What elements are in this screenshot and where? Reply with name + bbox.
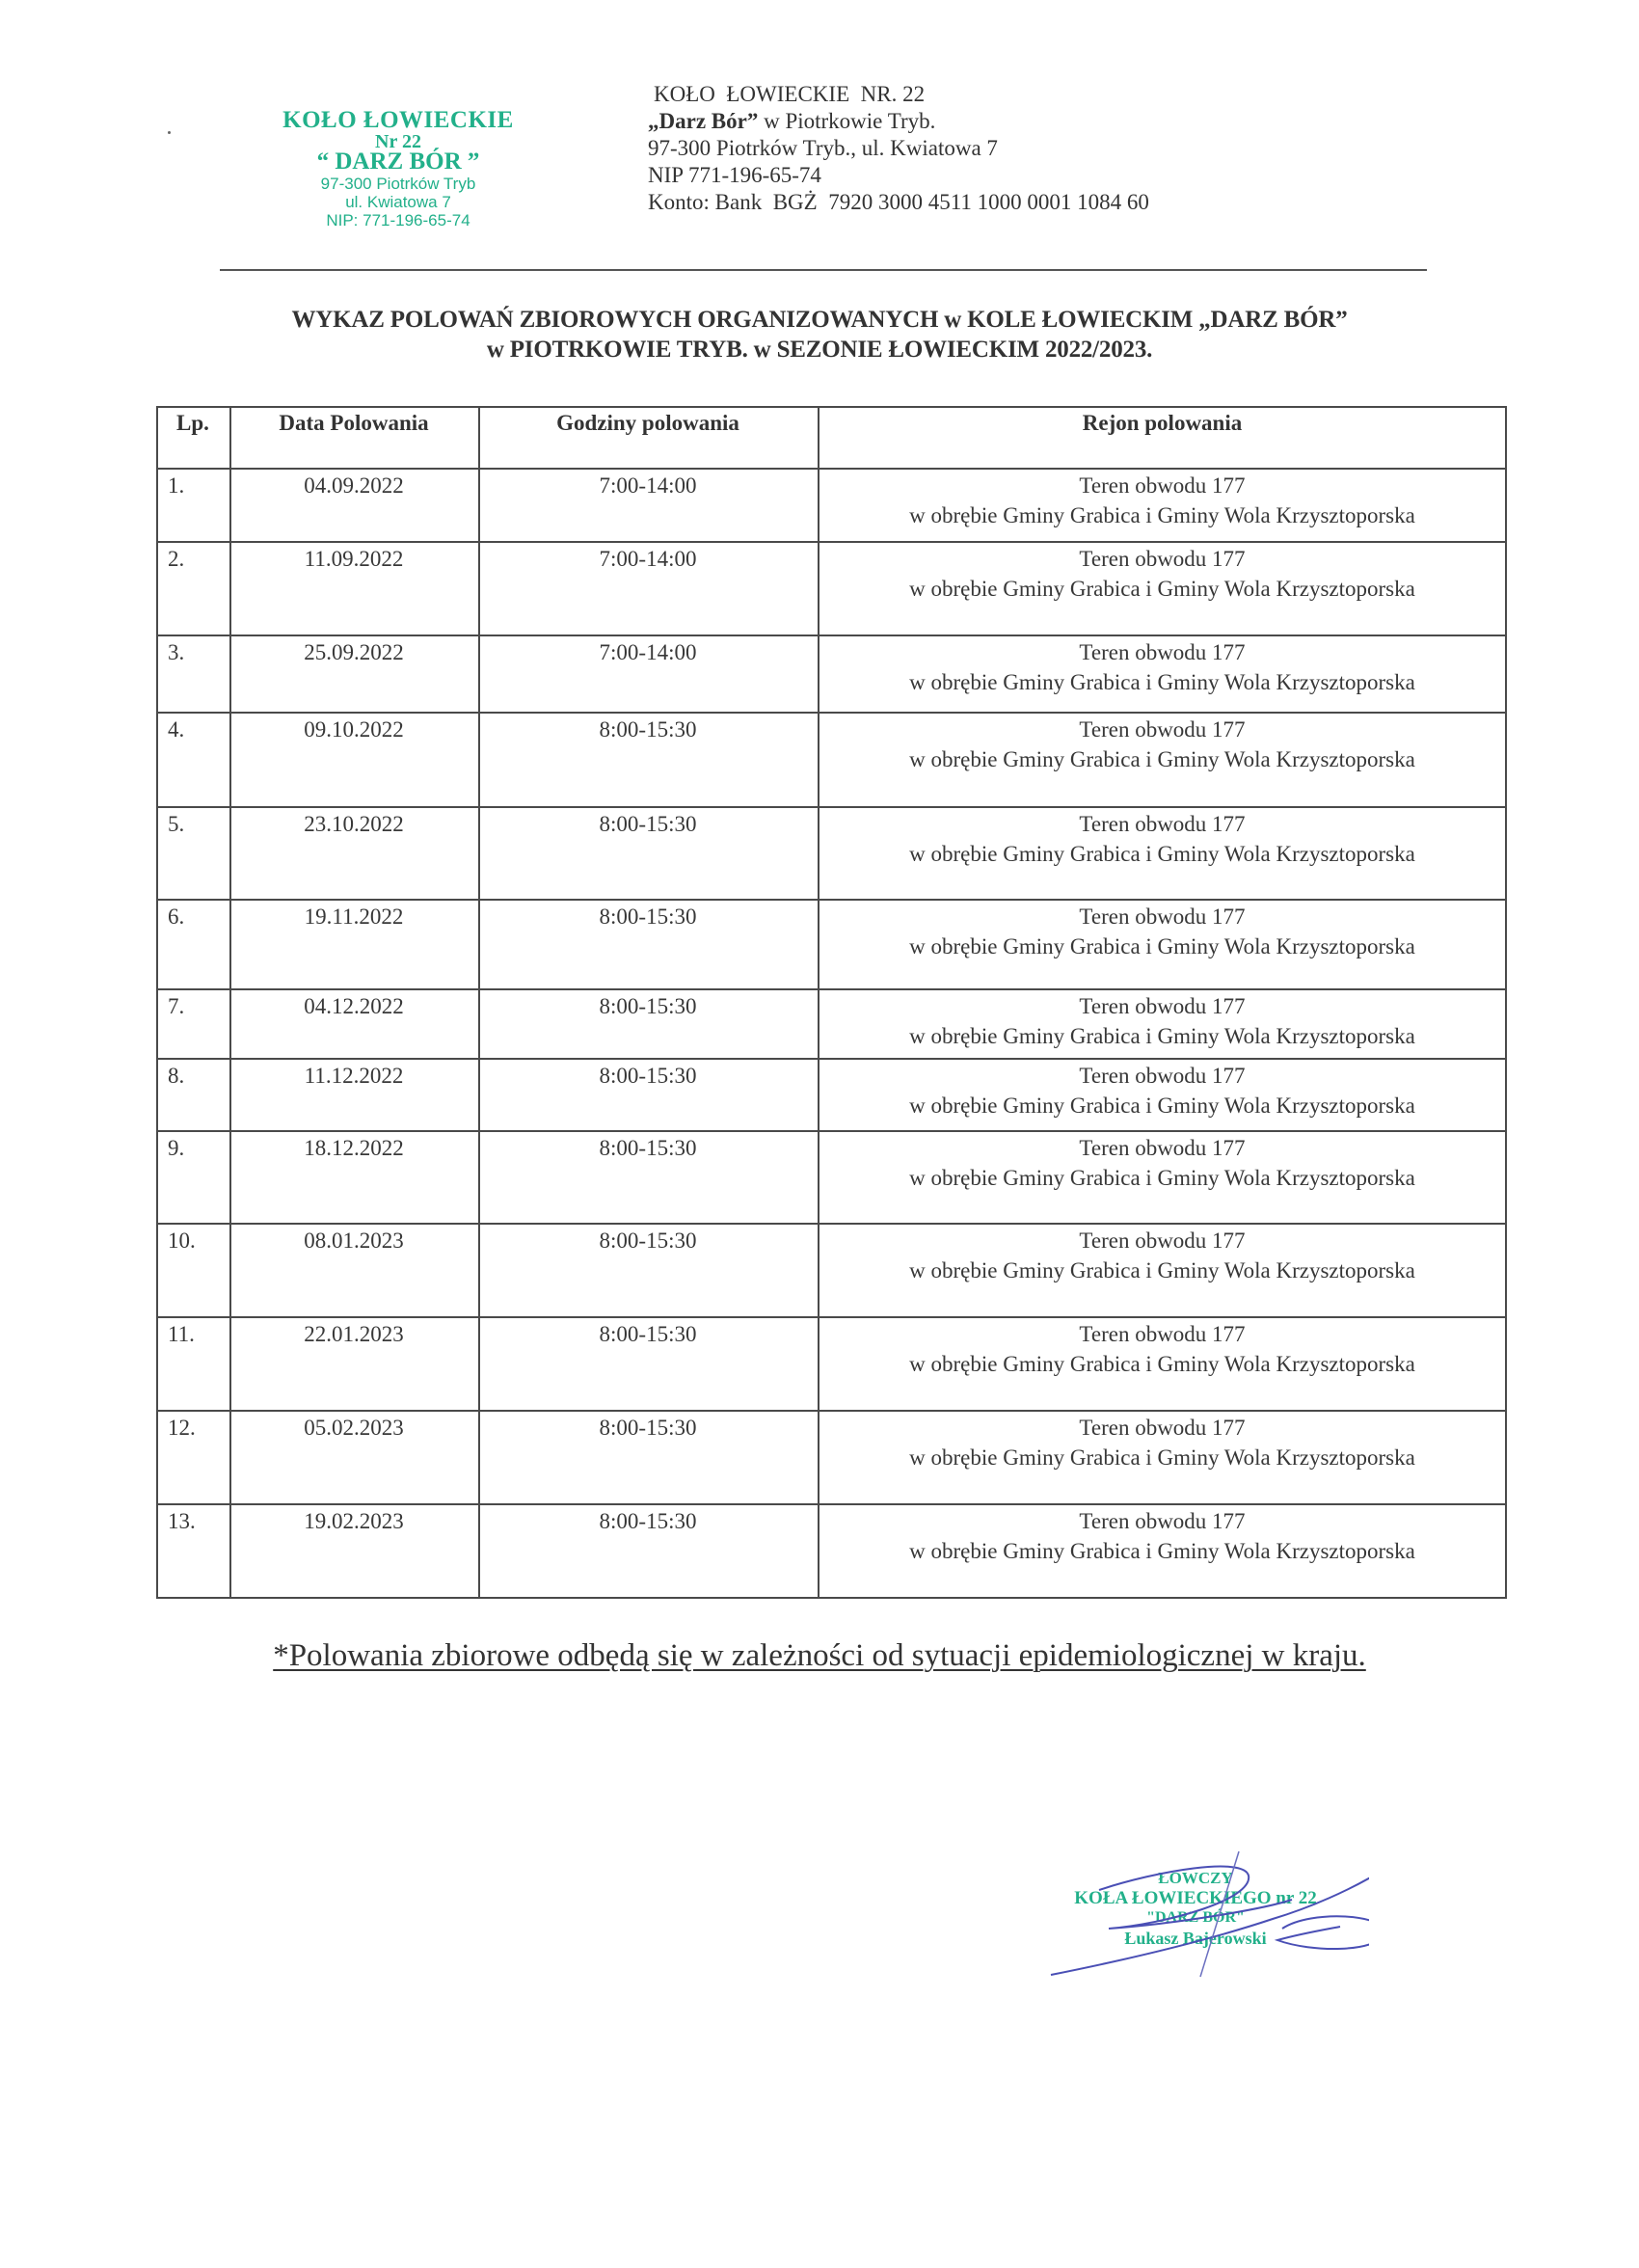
club-city: w Piotrkowie Tryb.	[758, 109, 935, 133]
hunt-hours: 8:00-15:30	[478, 1133, 818, 1163]
hunt-region-line-1: Teren obwodu 177	[818, 544, 1507, 574]
row-number: 13.	[156, 1506, 229, 1536]
hunt-region-line-2: w obrębie Gminy Grabica i Gminy Wola Krz…	[818, 1255, 1507, 1285]
stamp-line-5: ul. Kwiatowa 7	[249, 194, 548, 210]
table-row-border	[156, 1130, 1507, 1132]
hunt-hours: 8:00-15:30	[478, 902, 818, 931]
hunt-region-line-2: w obrębie Gminy Grabica i Gminy Wola Krz…	[818, 1349, 1507, 1379]
signature-stamp: ŁOWCZY KOŁA ŁOWIECKIEGO nr 22 "DARZ BÓR"…	[1022, 1832, 1369, 1986]
footnote: *Polowania zbiorowe odbędą się w zależno…	[0, 1638, 1639, 1674]
header-lp: Lp.	[156, 408, 229, 438]
hunt-hours: 7:00-14:00	[478, 471, 818, 500]
hunt-date: 05.02.2023	[229, 1413, 478, 1443]
scan-speck	[168, 131, 171, 134]
document-title: WYKAZ POLOWAŃ ZBIOROWYCH ORGANIZOWANYCH …	[0, 305, 1639, 364]
hunt-region-line-2: w obrębie Gminy Grabica i Gminy Wola Krz…	[818, 1021, 1507, 1051]
hunt-date: 04.12.2022	[229, 991, 478, 1021]
row-number: 11.	[156, 1319, 229, 1349]
hunt-hours: 8:00-15:30	[478, 1061, 818, 1091]
hunt-region-line-1: Teren obwodu 177	[818, 1413, 1507, 1443]
header-divider	[220, 269, 1427, 271]
hunt-region-line-2: w obrębie Gminy Grabica i Gminy Wola Krz…	[818, 744, 1507, 774]
hunt-region-line-2: w obrębie Gminy Grabica i Gminy Wola Krz…	[818, 839, 1507, 869]
hunt-date: 11.09.2022	[229, 544, 478, 574]
hunt-region-line-1: Teren obwodu 177	[818, 1506, 1507, 1536]
hunt-region-line-1: Teren obwodu 177	[818, 1133, 1507, 1163]
table-row-border	[156, 468, 1507, 470]
hunt-region-line-1: Teren obwodu 177	[818, 715, 1507, 744]
hunt-date: 18.12.2022	[229, 1133, 478, 1163]
hunt-hours: 8:00-15:30	[478, 715, 818, 744]
title-line-1: WYKAZ POLOWAŃ ZBIOROWYCH ORGANIZOWANYCH …	[0, 305, 1639, 335]
table-row-border	[156, 1597, 1507, 1599]
stamp-line-4: 97-300 Piotrków Tryb	[249, 175, 548, 192]
table-row-border	[156, 1316, 1507, 1318]
hunt-date: 22.01.2023	[229, 1319, 478, 1349]
hunt-region-line-1: Teren obwodu 177	[818, 902, 1507, 931]
hunt-region-line-1: Teren obwodu 177	[818, 809, 1507, 839]
hunt-region-line-2: w obrębie Gminy Grabica i Gminy Wola Krz…	[818, 1163, 1507, 1193]
hunt-hours: 8:00-15:30	[478, 1506, 818, 1536]
table-row-border	[156, 541, 1507, 543]
letterhead-line-2: „Darz Bór” w Piotrkowie Tryb.	[648, 108, 1149, 135]
club-name: „Darz Bór”	[648, 109, 758, 133]
hunt-date: 09.10.2022	[229, 715, 478, 744]
hunt-region-line-1: Teren obwodu 177	[818, 1319, 1507, 1349]
hunt-date: 25.09.2022	[229, 637, 478, 667]
hunt-region-line-1: Teren obwodu 177	[818, 991, 1507, 1021]
hunt-hours: 7:00-14:00	[478, 544, 818, 574]
header-region: Rejon polowania	[818, 408, 1507, 438]
hunt-region-line-2: w obrębie Gminy Grabica i Gminy Wola Krz…	[818, 1091, 1507, 1120]
letterhead-line-5: Konto: Bank BGŻ 7920 3000 4511 1000 0001…	[648, 189, 1149, 216]
hunt-hours: 8:00-15:30	[478, 991, 818, 1021]
hunt-date: 19.02.2023	[229, 1506, 478, 1536]
stamp-line-1: KOŁO ŁOWIECKIE	[249, 108, 548, 132]
table-row-border	[156, 1223, 1507, 1225]
hunt-date: 11.12.2022	[229, 1061, 478, 1091]
stamp-line-6: NIP: 771-196-65-74	[249, 212, 548, 229]
hunt-region-line-1: Teren obwodu 177	[818, 471, 1507, 500]
letterhead-line-4: NIP 771-196-65-74	[648, 162, 1149, 189]
hunt-region-line-1: Teren obwodu 177	[818, 1061, 1507, 1091]
row-number: 4.	[156, 715, 229, 744]
hunt-hours: 8:00-15:30	[478, 1319, 818, 1349]
hunts-table: Lp.Data PolowaniaGodziny polowaniaRejon …	[156, 406, 1507, 1599]
hunt-hours: 8:00-15:30	[478, 809, 818, 839]
row-number: 9.	[156, 1133, 229, 1163]
hunt-date: 08.01.2023	[229, 1226, 478, 1255]
header-hours: Godziny polowania	[478, 408, 818, 438]
table-row-border	[156, 712, 1507, 714]
table-row-border	[156, 1410, 1507, 1412]
hunt-region-line-1: Teren obwodu 177	[818, 637, 1507, 667]
hunt-region-line-2: w obrębie Gminy Grabica i Gminy Wola Krz…	[818, 1536, 1507, 1566]
table-row-border	[156, 1503, 1507, 1505]
hunt-region-line-2: w obrębie Gminy Grabica i Gminy Wola Krz…	[818, 1443, 1507, 1472]
row-number: 7.	[156, 991, 229, 1021]
letterhead-line-3: 97-300 Piotrków Tryb., ul. Kwiatowa 7	[648, 135, 1149, 162]
table-row-border	[156, 1058, 1507, 1060]
row-number: 5.	[156, 809, 229, 839]
hunt-region-line-2: w obrębie Gminy Grabica i Gminy Wola Krz…	[818, 500, 1507, 530]
hunt-date: 23.10.2022	[229, 809, 478, 839]
table-row-border	[156, 988, 1507, 990]
club-stamp: KOŁO ŁOWIECKIE Nr 22 “ DARZ BÓR ” 97-300…	[249, 108, 548, 229]
row-number: 8.	[156, 1061, 229, 1091]
hunt-date: 19.11.2022	[229, 902, 478, 931]
hunt-region-line-2: w obrębie Gminy Grabica i Gminy Wola Krz…	[818, 931, 1507, 961]
row-number: 6.	[156, 902, 229, 931]
hunt-hours: 8:00-15:30	[478, 1413, 818, 1443]
letterhead: KOŁO ŁOWIECKIE NR. 22 „Darz Bór” w Piotr…	[648, 81, 1149, 216]
header-date: Data Polowania	[229, 408, 478, 438]
row-number: 3.	[156, 637, 229, 667]
table-row-border	[156, 634, 1507, 636]
row-number: 2.	[156, 544, 229, 574]
hunt-region-line-2: w obrębie Gminy Grabica i Gminy Wola Krz…	[818, 667, 1507, 697]
stamp-line-3: “ DARZ BÓR ”	[249, 149, 548, 174]
table-row-border	[156, 899, 1507, 901]
row-number: 10.	[156, 1226, 229, 1255]
hunt-region-line-2: w obrębie Gminy Grabica i Gminy Wola Krz…	[818, 574, 1507, 604]
hunt-hours: 8:00-15:30	[478, 1226, 818, 1255]
row-number: 12.	[156, 1413, 229, 1443]
hunt-date: 04.09.2022	[229, 471, 478, 500]
hunt-hours: 7:00-14:00	[478, 637, 818, 667]
row-number: 1.	[156, 471, 229, 500]
title-line-2: w PIOTRKOWIE TRYB. w SEZONIE ŁOWIECKIM 2…	[0, 335, 1639, 364]
hunt-region-line-1: Teren obwodu 177	[818, 1226, 1507, 1255]
letterhead-line-1: KOŁO ŁOWIECKIE NR. 22	[648, 81, 1149, 108]
table-row-border	[156, 806, 1507, 808]
handwritten-signature-icon	[1022, 1832, 1369, 1986]
